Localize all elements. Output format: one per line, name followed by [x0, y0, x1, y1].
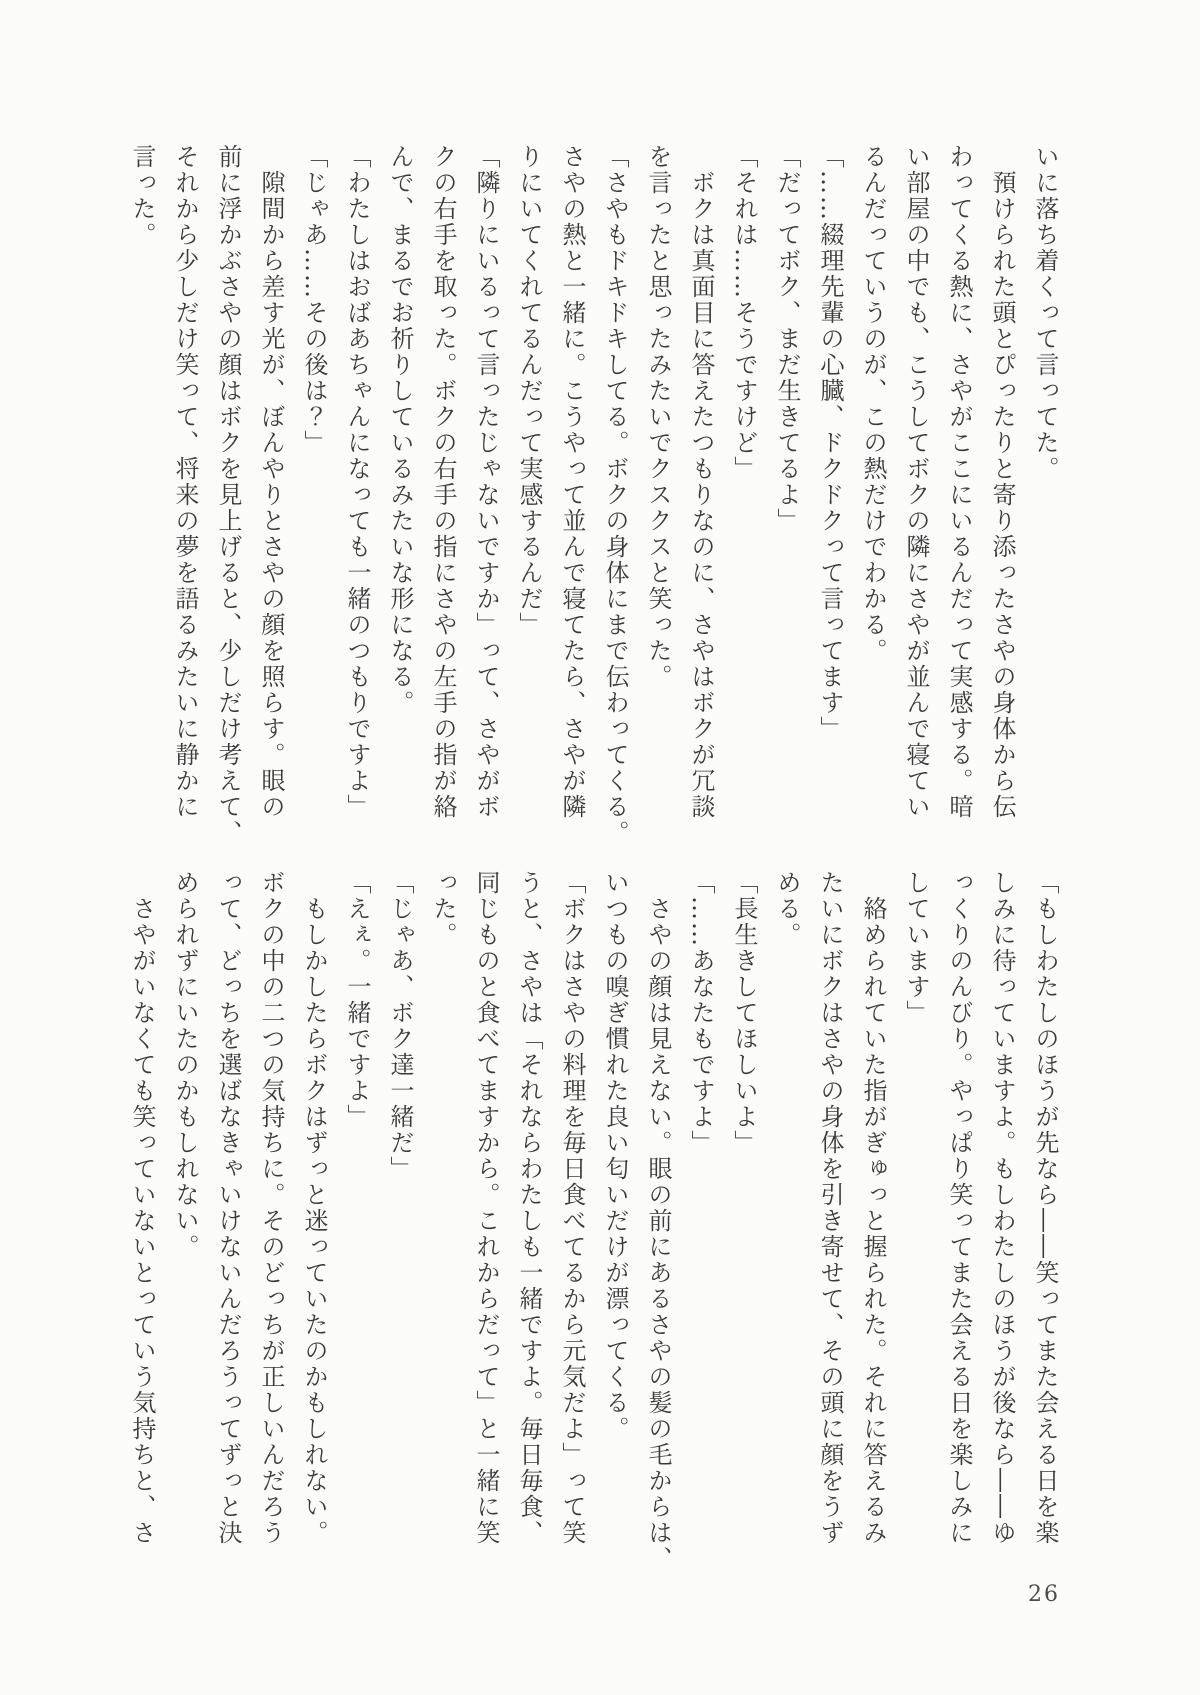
text-line: 「……綴理先輩の心臓、ドクドクって言ってます」 — [808, 144, 851, 826]
text-line: それから少しだけ笑って、将来の夢を語るみたいに静かに — [163, 144, 206, 826]
text-line: んで、まるでお祈りしているみたいな形になる。 — [378, 144, 421, 826]
text-line: クの右手を取った。ボクの右手の指にさやの左手の指が絡 — [421, 144, 464, 826]
text-line: める。 — [765, 870, 808, 1552]
text-line: わってくる熱に、さやがここにいるんだって実感する。暗 — [937, 144, 980, 826]
text-line: 「……あなたもですよ」 — [679, 870, 722, 1552]
text-line: 「じゃあ……その後は？」 — [292, 144, 335, 826]
text-line: っくりのんびり。やっぱり笑ってまた会える日を楽しみに — [937, 870, 980, 1552]
text-line: さやがいなくても笑っていないとっていう気持ちと、さ — [120, 870, 163, 1552]
text-line: 同じものと食べてますから。これからだって」と一緒に笑 — [464, 870, 507, 1552]
text-line: るんだっていうのが、この熱だけでわかる。 — [851, 144, 894, 826]
text-line: い部屋の中でも、こうしてボクの隣にさやが並んで寝てい — [894, 144, 937, 826]
text-line: いに落ち着くって言ってた。 — [1023, 144, 1066, 826]
text-line: ボクは真面目に答えたつもりなのに、さやはボクが冗談 — [679, 144, 722, 826]
text-line: った。 — [421, 870, 464, 1552]
text-line: ボクの中の二つの気持ちに。そのどっちが正しいんだろう — [249, 870, 292, 1552]
text-block-bottom: 「もしわたしのほうが先なら――笑ってまた会える日を楽 しみに待っていますよ。もし… — [120, 870, 1066, 1552]
text-line: 「えぇ。一緒ですよ」 — [335, 870, 378, 1552]
text-line: 預けられた頭とぴったりと寄り添ったさやの身体から伝 — [980, 144, 1023, 826]
text-line: もしかしたらボクはずっと迷っていたのかもしれない。 — [292, 870, 335, 1552]
text-line: を言ったと思ったみたいでクスクスと笑った。 — [636, 144, 679, 826]
text-line: 「もしわたしのほうが先なら――笑ってまた会える日を楽 — [1023, 870, 1066, 1552]
text-line: 「それは……そうですけど」 — [722, 144, 765, 826]
text-line: 「ボクはさやの料理を毎日食べてるから元気だよ」って笑 — [550, 870, 593, 1552]
text-line: 「さやもドキドキしてる。ボクの身体にまで伝わってくる。 — [593, 144, 636, 826]
text-line: りにいてくれてるんだって実感するんだ」 — [507, 144, 550, 826]
text-line: 「わたしはおばあちゃんになっても一緒のつもりですよ」 — [335, 144, 378, 826]
text-line: いつもの嗅ぎ慣れた良い匂いだけが漂ってくる。 — [593, 870, 636, 1552]
text-block-top: いに落ち着くって言ってた。 預けられた頭とぴったりと寄り添ったさやの身体から伝 … — [120, 144, 1066, 826]
text-line: さやの顔は見えない。眼の前にあるさやの髪の毛からは、 — [636, 870, 679, 1552]
text-line: さやの熱と一緒に。こうやって並んで寝てたら、さやが隣 — [550, 144, 593, 826]
text-line: 隙間から差す光が、ぼんやりとさやの顔を照らす。眼の — [249, 144, 292, 826]
text-line: 「隣りにいるって言ったじゃないですか」って、さやがボ — [464, 144, 507, 826]
text-line: 絡められていた指がぎゅっと握られた。それに答えるみ — [851, 870, 894, 1552]
text-line: って、どっちを選ばなきゃいけないんだろうってずっと決 — [206, 870, 249, 1552]
text-line: しています」 — [894, 870, 937, 1552]
text-line: うと、さやは「それならわたしも一緒ですよ。毎日毎食、 — [507, 870, 550, 1552]
text-line: しみに待っていますよ。もしわたしのほうが後なら――ゆ — [980, 870, 1023, 1552]
text-line: たいにボクはさやの身体を引き寄せて、その頭に顔をうず — [808, 870, 851, 1552]
novel-page: いに落ち着くって言ってた。 預けられた頭とぴったりと寄り添ったさやの身体から伝 … — [0, 0, 1200, 1695]
text-line: 「じゃあ、ボク達一緒だ」 — [378, 870, 421, 1552]
text-line: 前に浮かぶさやの顔はボクを見上げると、少しだけ考えて、 — [206, 144, 249, 826]
page-number: 26 — [1028, 1582, 1060, 1607]
text-line: められずにいたのかもしれない。 — [163, 870, 206, 1552]
text-line: 「長生きしてほしいよ」 — [722, 870, 765, 1552]
text-line: 言った。 — [120, 144, 163, 826]
text-line: 「だってボク、まだ生きてるよ」 — [765, 144, 808, 826]
